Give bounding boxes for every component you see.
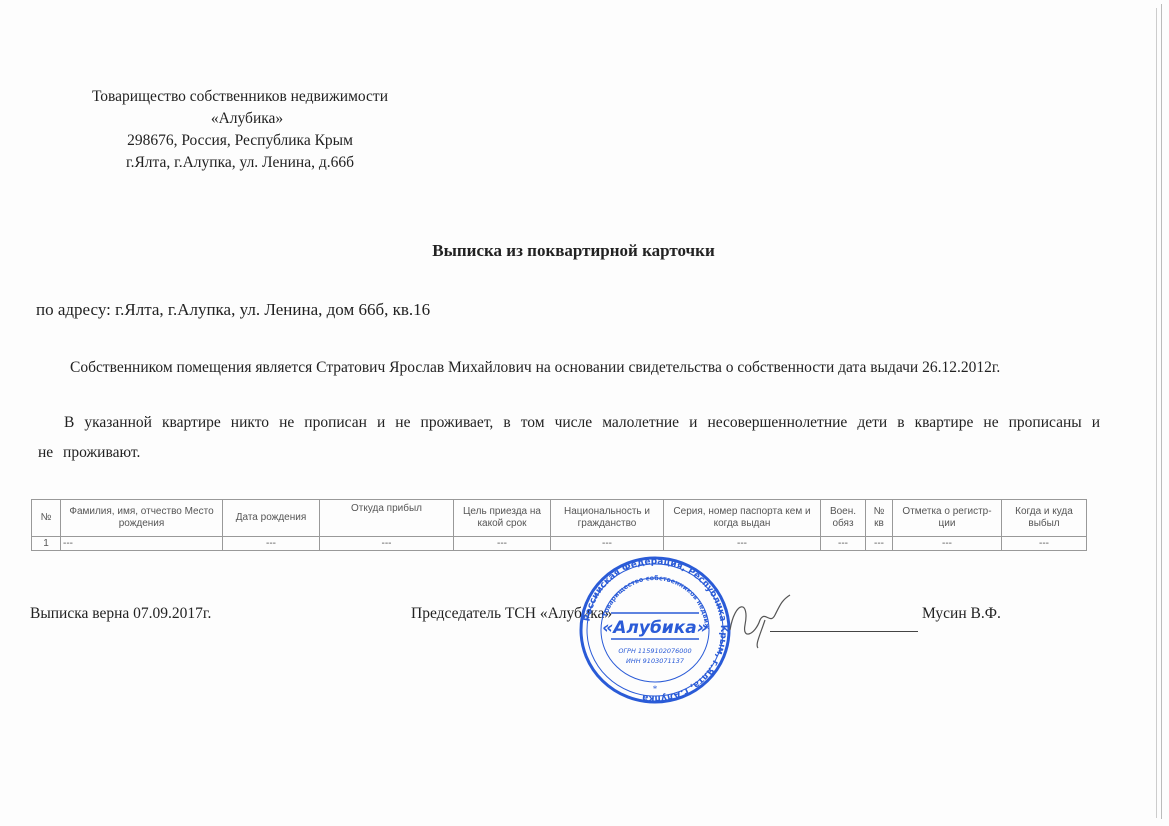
property-address: по адресу: г.Ялта, г.Алупка, ул. Ленина,… (36, 300, 430, 320)
org-short-name: «Алубика» (30, 108, 450, 130)
verification-statement: Выписка верна 07.09.2017г. (30, 605, 211, 623)
residents-paragraph: В указанной квартире никто не прописан и… (38, 408, 1100, 468)
table-header-row: № Фамилия, имя, отчество Место рождения … (32, 500, 1087, 537)
column-header: Отметка о регистр-ции (893, 500, 1002, 537)
organization-header: Товарищество собственников недвижимости … (30, 86, 450, 174)
org-name: Товарищество собственников недвижимости (30, 86, 450, 108)
table-cell: 1 (32, 537, 61, 551)
table-cell: --- (454, 537, 551, 551)
page-edge (1161, 4, 1162, 819)
document-title: Выписка из поквартирной карточки (0, 241, 1169, 261)
table-cell: --- (893, 537, 1002, 551)
table-cell: --- (1002, 537, 1087, 551)
table-cell: --- (551, 537, 664, 551)
table-row: 1 --- --- --- --- --- --- --- --- --- --… (32, 537, 1087, 551)
owner-paragraph: Собственником помещения является Стратов… (38, 356, 1100, 380)
svg-text:ИНН 9103071137: ИНН 9103071137 (626, 657, 685, 665)
signature-icon (720, 590, 800, 650)
column-header: Когда и куда выбыл (1002, 500, 1087, 537)
table-cell: --- (320, 537, 454, 551)
signer-name: Мусин В.Ф. (922, 605, 1001, 623)
column-header: Цель приезда на какой срок (454, 500, 551, 537)
column-header: Воен. обяз (821, 500, 866, 537)
column-header: № (32, 500, 61, 537)
official-stamp-icon: Российская Федерация, Республика Крым, г… (566, 555, 744, 705)
page-edge (1156, 8, 1157, 818)
column-header: Национальность и гражданство (551, 500, 664, 537)
org-street-address: г.Ялта, г.Алупка, ул. Ленина, д.66б (30, 152, 450, 174)
registration-table: № Фамилия, имя, отчество Место рождения … (31, 499, 1087, 551)
column-header: Фамилия, имя, отчество Место рождения (61, 500, 223, 537)
table-cell: --- (61, 537, 223, 551)
svg-text:«Алубика»: «Алубика» (602, 618, 708, 638)
column-header: Серия, номер паспорта кем и когда выдан (664, 500, 821, 537)
column-header: № кв (866, 500, 893, 537)
table-cell: --- (664, 537, 821, 551)
svg-text:ОГРН 1159102076000: ОГРН 1159102076000 (618, 647, 691, 655)
svg-text:*: * (653, 684, 658, 694)
column-header: Откуда прибыл (320, 500, 454, 537)
table-cell: --- (821, 537, 866, 551)
table-cell: --- (223, 537, 320, 551)
column-header: Дата рождения (223, 500, 320, 537)
table-cell: --- (866, 537, 893, 551)
org-postal-address: 298676, Россия, Республика Крым (30, 130, 450, 152)
